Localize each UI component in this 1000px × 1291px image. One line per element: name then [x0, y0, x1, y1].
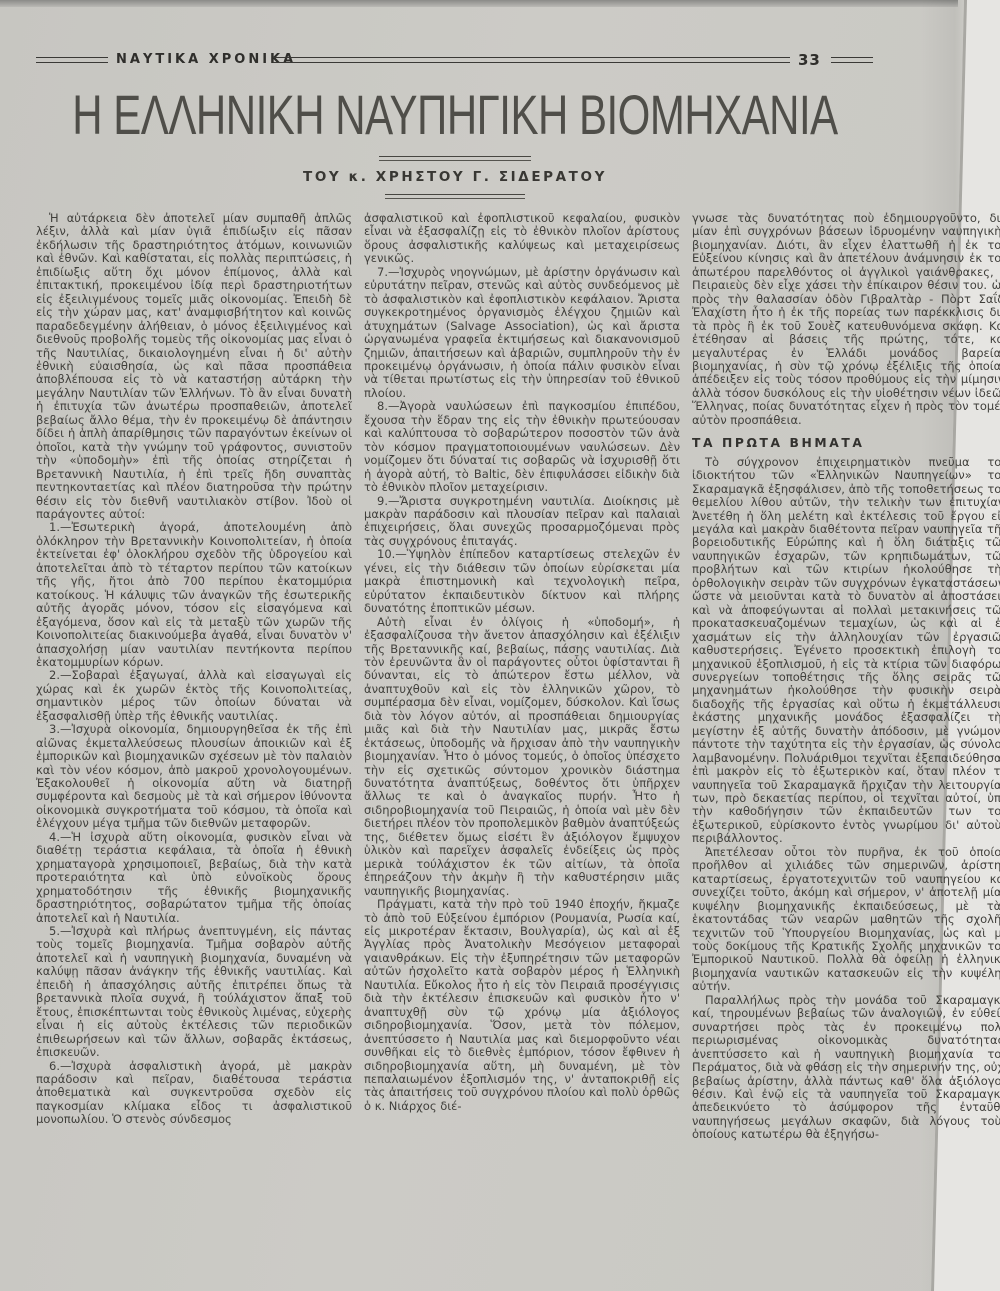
scan-edge-top [0, 0, 958, 7]
header-double-rule-right [831, 57, 873, 63]
article-title: Η ΕΛΛΗΝΙΚΗ ΝΑΥΠΗΓΙΚΗ ΒΙΟΜΗΧΑΝΙΑ [72, 84, 837, 147]
section-heading: ΤΑ ΠΡΩΤΑ ΒΗΜΑΤΑ [692, 437, 1000, 450]
paragraph: 6.—Ἰσχυρὰ ἀσφαλιστικὴ ἀγορά, μὲ μακρὰν π… [36, 1060, 352, 1127]
text-column-2: ἀσφαλιστικοῦ καὶ ἐφοπλιστικοῦ κεφαλαίου,… [364, 212, 680, 1260]
paragraph: 8.—Ἀγορὰ ναυλώσεων ἐπὶ παγκοσμίου ἐπιπέδ… [364, 400, 680, 494]
paragraph: 5.—Ἰσχυρὰ καὶ πλήρως ἀνεπτυγμένη, εἰς πά… [36, 925, 352, 1060]
header-double-rule-center [273, 57, 790, 63]
paragraph: 2.—Σοβαραὶ ἐξαγωγαί, ἀλλὰ καὶ εἰσαγωγαὶ … [36, 669, 352, 723]
magazine-name: ΝΑΥΤΙΚΑ ΧΡΟΝΙΚΑ [116, 52, 296, 67]
paragraph: 9.—Ἄριστα συγκροτημένη ναυτιλία. Διοίκησ… [364, 495, 680, 549]
paragraph: γνωσε τὰς δυνατότητας ποὺ ἐδημιουργοῦντο… [692, 212, 1000, 427]
page-number: 33 [798, 51, 821, 69]
byline-divider-rule [385, 194, 525, 199]
paragraph: 4.—Ἡ ἰσχυρὰ αὕτη οἰκονομία, φυσικὸν εἶνα… [36, 831, 352, 925]
paragraph: 3.—Ἰσχυρὰ οἰκονομία, δημιουργηθεῖσα ἐκ τ… [36, 723, 352, 831]
paragraph: Πράγματι, κατὰ τὴν πρὸ τοῦ 1940 ἐποχήν, … [364, 898, 680, 1113]
text-column-1: Ἡ αὐτάρκεια δὲν ἀποτελεῖ μίαν συμπαθῆ ἁπ… [36, 212, 352, 1260]
title-divider-rule [379, 156, 531, 161]
paragraph: 10.—Ὑψηλὸν ἐπίπεδον καταρτίσεως στελεχῶν… [364, 548, 680, 615]
paragraph: Ἀπετέλεσαν οὗτοι τὸν πυρῆνα, ἐκ τοῦ ὁποί… [692, 846, 1000, 994]
paragraph: 1.—Ἐσωτερικὴ ἀγορά, ἀποτελουμένη ἀπὸ ὁλό… [36, 521, 352, 669]
paragraph: ἀσφαλιστικοῦ καὶ ἐφοπλιστικοῦ κεφαλαίου,… [364, 212, 680, 266]
paragraph: 7.—Ἰσχυρὸς νηογνώμων, μὲ ἀρίστην ὀργάνωσ… [364, 266, 680, 401]
paragraph: Ἡ αὐτάρκεια δὲν ἀποτελεῖ μίαν συμπαθῆ ἁπ… [36, 212, 352, 521]
text-column-3: γνωσε τὰς δυνατότητας ποὺ ἐδημιουργοῦντο… [692, 212, 1000, 1260]
article-header: Η ΕΛΛΗΝΙΚΗ ΝΑΥΠΗΓΙΚΗ ΒΙΟΜΗΧΑΝΙΑ ΤΟΥ κ. Χ… [36, 84, 874, 199]
page-header: ΝΑΥΤΙΚΑ ΧΡΟΝΙΚΑ 33 [36, 53, 955, 71]
paragraph: Παραλλήλως πρὸς τὴν μονάδα τοῦ Σκαραμαγκ… [692, 994, 1000, 1142]
paragraph: Αὐτὴ εἶναι ἐν ὀλίγοις ἡ «ὑποδομή», ἡ ἐξα… [364, 616, 680, 899]
paragraph: Τὸ σύγχρονον ἐπιχειρηματικὸν πνεῦμα τοῦ … [692, 456, 1000, 846]
header-double-rule-left [36, 57, 108, 63]
article-byline: ΤΟΥ κ. ΧΡΗΣΤΟΥ Γ. ΣΙΔΕΡΑΤΟΥ [36, 169, 874, 185]
